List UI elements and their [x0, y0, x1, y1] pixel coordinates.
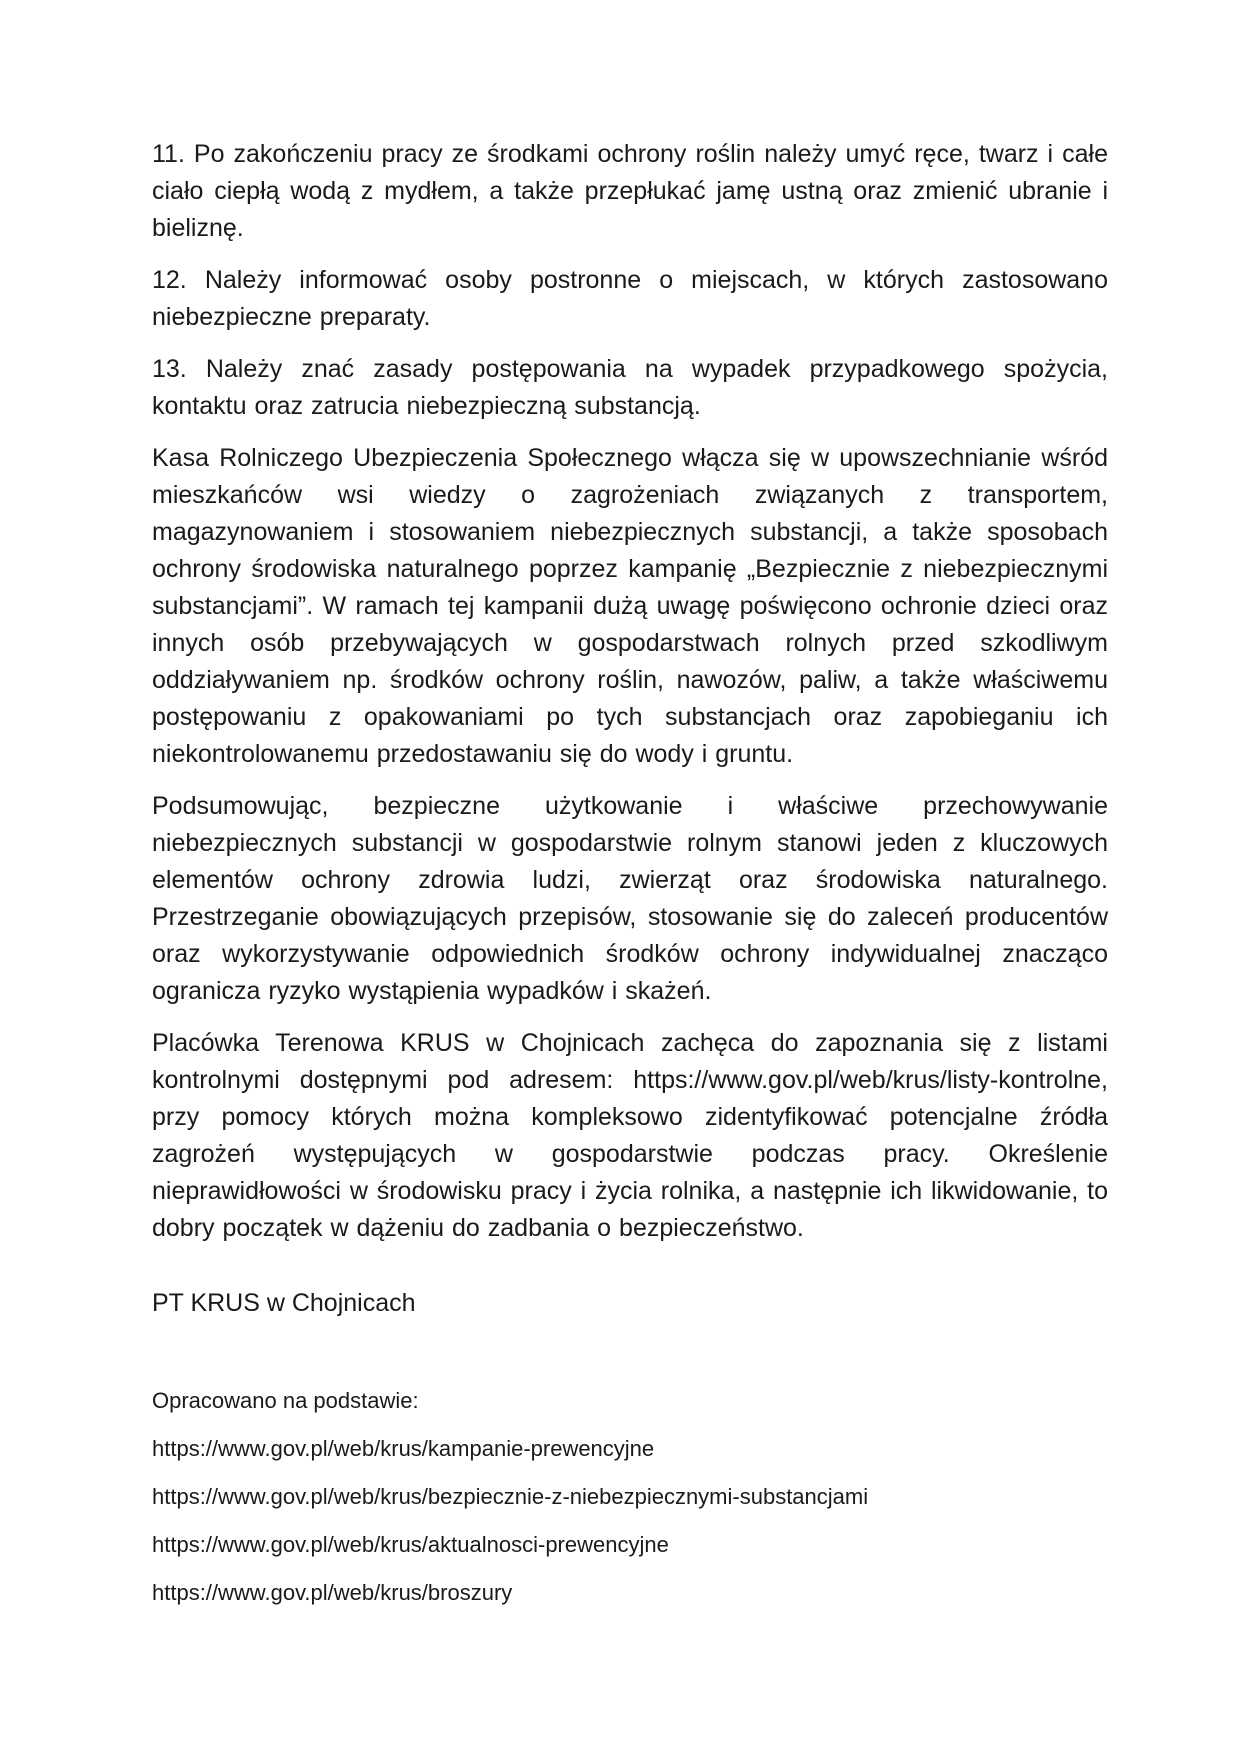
source-url-bezpiecznie-z-niebezpiecznymi-substancjami: https://www.gov.pl/web/krus/bezpiecznie-…: [152, 1484, 1108, 1510]
source-url-broszury: https://www.gov.pl/web/krus/broszury: [152, 1580, 1108, 1606]
signature-line: PT KRUS w Chojnicach: [152, 1285, 1108, 1322]
paragraph-checklists: Placówka Terenowa KRUS w Chojnicach zach…: [152, 1025, 1108, 1247]
paragraph-rule-11: 11. Po zakończeniu pracy ze środkami och…: [152, 136, 1108, 247]
paragraph-summary: Podsumowując, bezpieczne użytkowanie i w…: [152, 788, 1108, 1010]
paragraph-rule-12: 12. Należy informować osoby postronne o …: [152, 262, 1108, 336]
paragraph-krus-campaign: Kasa Rolniczego Ubezpieczenia Społeczneg…: [152, 440, 1108, 773]
sources-heading: Opracowano na podstawie:: [152, 1388, 1108, 1414]
paragraph-rule-13: 13. Należy znać zasady postępowania na w…: [152, 351, 1108, 425]
document-page: 11. Po zakończeniu pracy ze środkami och…: [0, 0, 1241, 1755]
source-url-kampanie-prewencyjne: https://www.gov.pl/web/krus/kampanie-pre…: [152, 1436, 1108, 1462]
source-url-aktualnosci-prewencyjne: https://www.gov.pl/web/krus/aktualnosci-…: [152, 1532, 1108, 1558]
document-body: 11. Po zakończeniu pracy ze środkami och…: [152, 136, 1108, 1628]
